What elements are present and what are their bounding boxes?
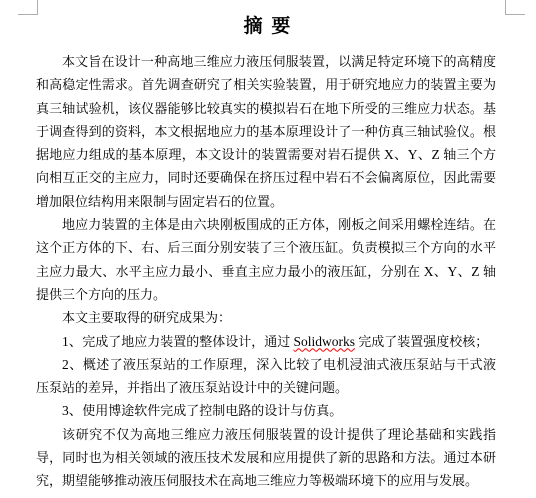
text-run: 该研究不仅为高地三维应力液压伺服装置的设计提供了理论基础和实践指导，同时也为相关… (36, 427, 496, 489)
list-number: 2、 (62, 357, 83, 372)
xyz-axes-label: X、Y、Z (424, 264, 480, 279)
result-item-2: 2、概述了液压泵站的工作原理，深入比较了电机浸油式液压泵站与干式液压泵站的差异，… (36, 353, 496, 400)
text-run: 使用博途软件完成了控制电路的设计与仿真。 (82, 403, 342, 418)
abstract-title: 摘 要 (0, 11, 536, 38)
text-run: 概述了液压泵站的工作原理，深入比较了电机浸油式液压泵站与干式液压泵站的差异，并指… (36, 357, 496, 395)
xyz-axes-label: X、Y、Z (384, 147, 440, 162)
abstract-body: 本文旨在设计一种高地三维应力液压伺服装置，以满足特定环境下的高精度和高稳定性需求… (36, 50, 496, 493)
paragraph-device-overview: 本文旨在设计一种高地三维应力液压伺服装置，以满足特定环境下的高精度和高稳定性需求… (36, 50, 496, 213)
list-number: 1、 (62, 334, 82, 349)
result-item-1: 1、完成了地应力装置的整体设计，通过 Solidworks 完成了装置强度校核； (36, 330, 496, 353)
list-number: 3、 (62, 403, 82, 418)
result-item-3: 3、使用博途软件完成了控制电路的设计与仿真。 (36, 399, 496, 422)
paragraph-results-intro: 本文主要取得的研究成果为： (36, 306, 496, 329)
text-run: 完成了装置强度校核； (355, 334, 488, 349)
solidworks-misspelled-word: Solidworks (294, 334, 356, 349)
text-run: 本文主要取得的研究成果为： (62, 310, 231, 325)
paragraph-conclusion: 该研究不仅为高地三维应力液压伺服装置的设计提供了理论基础和实践指导，同时也为相关… (36, 423, 496, 493)
text-run: 本文旨在设计一种高地三维应力液压伺服装置，以满足特定环境下的高精度和高稳定性需求… (36, 54, 496, 162)
text-run: 完成了地应力装置的整体设计，通过 (82, 334, 293, 349)
document-page: 摘 要 本文旨在设计一种高地三维应力液压伺服装置，以满足特定环境下的高精度和高稳… (0, 0, 536, 498)
paragraph-structure-description: 地应力装置的主体是由六块刚板围成的正方体，刚板之间采用螺栓连结。在这个正方体的下… (36, 213, 496, 306)
